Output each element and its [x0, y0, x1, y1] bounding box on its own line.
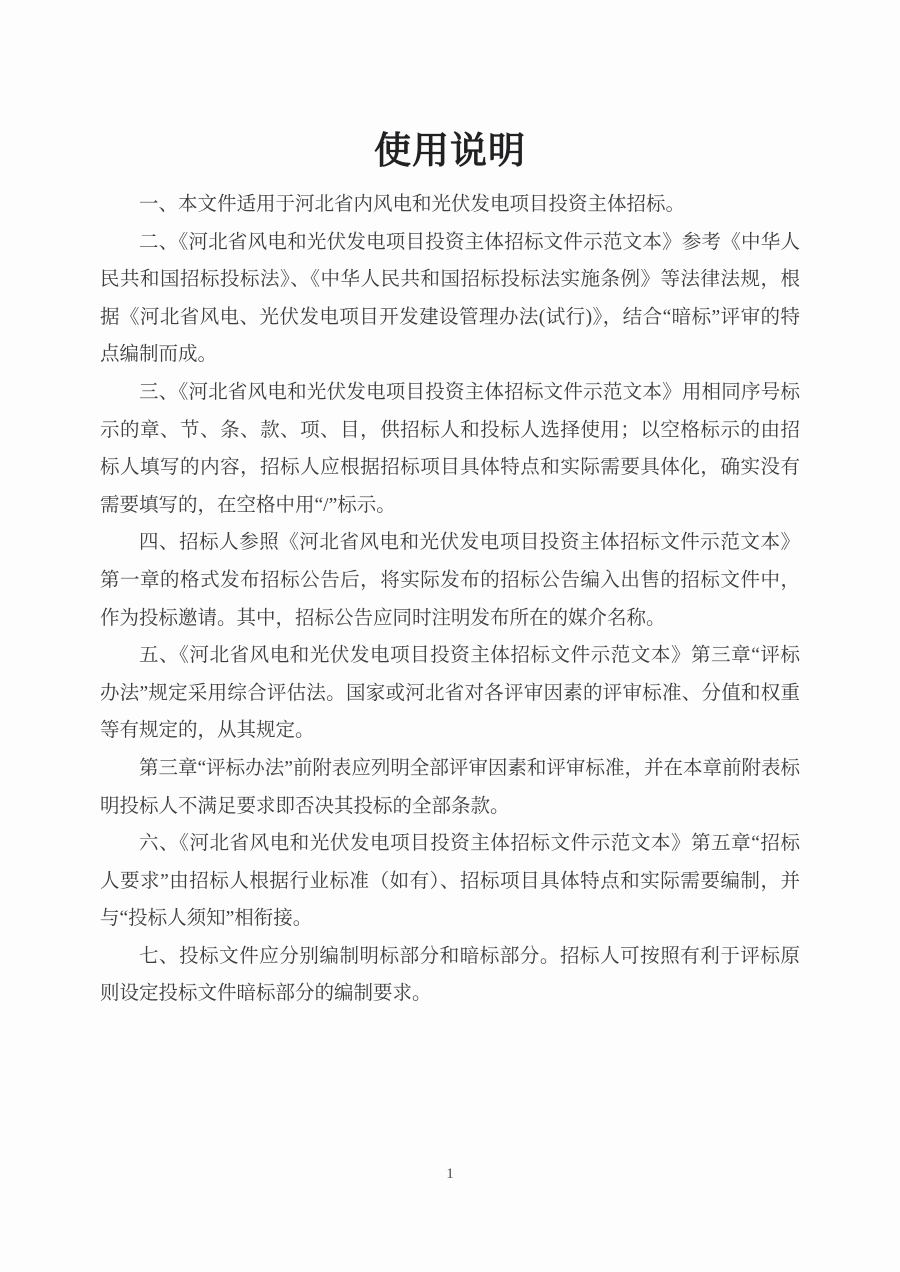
document-body: 一、本文件适用于河北省内风电和光伏发电项目投资主体招标。 二、《河北省风电和光伏… — [100, 186, 800, 1013]
paragraph-4: 四、招标人参照《河北省风电和光伏发电项目投资主体招标文件示范文本》第一章的格式发… — [100, 524, 800, 637]
document-title: 使用说明 — [0, 120, 900, 174]
page-number: 1 — [0, 1166, 900, 1183]
paragraph-2: 二、《河北省风电和光伏发电项目投资主体招标文件示范文本》参考《中华人民共和国招标… — [100, 224, 800, 374]
paragraph-3: 三、《河北省风电和光伏发电项目投资主体招标文件示范文本》用相同序号标示的章、节、… — [100, 374, 800, 524]
paragraph-5-supplement: 第三章“评标办法”前附表应列明全部评审因素和评审标准，并在本章前附表标明投标人不… — [100, 750, 800, 825]
paragraph-1: 一、本文件适用于河北省内风电和光伏发电项目投资主体招标。 — [100, 186, 800, 224]
paragraph-7: 七、投标文件应分别编制明标部分和暗标部分。招标人可按照有利于评标原则设定投标文件… — [100, 938, 800, 1013]
document-page: 使用说明 一、本文件适用于河北省内风电和光伏发电项目投资主体招标。 二、《河北省… — [0, 0, 900, 1272]
paragraph-5: 五、《河北省风电和光伏发电项目投资主体招标文件示范文本》第三章“评标办法”规定采… — [100, 637, 800, 750]
paragraph-6: 六、《河北省风电和光伏发电项目投资主体招标文件示范文本》第五章“招标人要求”由招… — [100, 825, 800, 938]
